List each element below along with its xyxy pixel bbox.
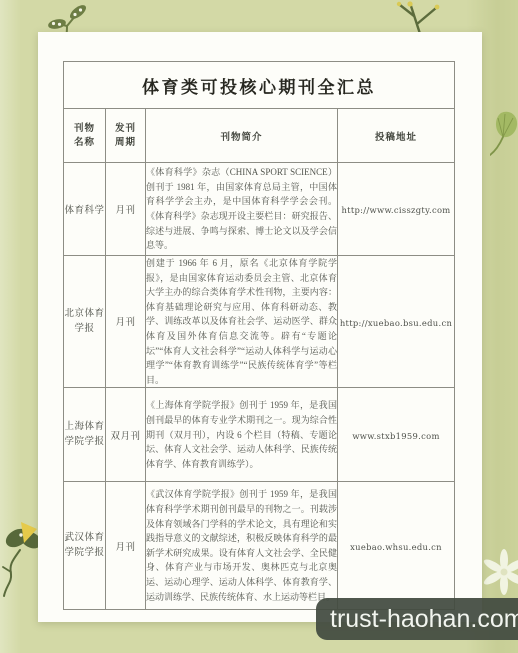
table-row: 上海体育 学院学报 双月刊 《上海体育学院学报》创刊于 1959 年，是我国创刊… [64,388,455,482]
column-header-intro: 刊物简介 [220,131,262,145]
table-row: 武汉体育 学院学报 月刊 《武汉体育学院学报》创刊于 1959 年，是我国体育科… [64,482,455,610]
journal-url: xuebao.whsu.edu.cn [350,542,442,552]
watermark-badge: trust-haohan.com [316,598,518,640]
journal-period: 月刊 [115,204,135,219]
journal-period: 双月刊 [110,430,140,445]
journal-url: http://www.cisszgty.com [341,205,450,215]
column-header-url: 投稿地址 [375,131,417,145]
document-paper: 体育类可投核心期刊全汇总 刊物 名称 发刊 周期 刊物简介 投稿地址 体育科学 … [38,32,482,622]
journal-intro: 《上海体育学院学报》创刊于 1959 年，是我国创刊最早的体育专业学术期刊之一。… [146,398,337,471]
watermark-text: trust-haohan.com [330,605,518,634]
journal-url: http://xuebao.bsu.edu.cn [340,318,452,328]
journal-name: 北京体育 学报 [64,307,104,336]
table-row: 北京体育 学报 月刊 创建于 1966 年 6 月，原名《北京体育学院学报》，是… [64,256,455,388]
journal-name: 体育科学 [64,204,104,219]
ginkgo-leaf-icon [490,110,518,162]
column-header-period: 发刊 周期 [115,122,136,150]
journal-intro: 《体育科学》杂志（CHINA SPORT SCIENCE）创刊于 1981 年，… [146,165,337,253]
photo-background: 体育类可投核心期刊全汇总 刊物 名称 发刊 周期 刊物简介 投稿地址 体育科学 … [0,0,518,653]
journal-intro: 创建于 1966 年 6 月，原名《北京体育学院学报》，是由国家体育运动委员会主… [146,256,337,387]
page-title: 体育类可投核心期刊全汇总 [142,78,376,97]
header-row: 刊物 名称 发刊 周期 刊物简介 投稿地址 [64,109,455,163]
title-row: 体育类可投核心期刊全汇总 [64,62,455,109]
journal-period: 月刊 [115,541,135,556]
white-flower-icon [482,548,518,598]
journal-intro: 《武汉体育学院学报》创刊于 1959 年，是我国体育科学学术期刊创刊最早的刊物之… [146,487,337,604]
journal-period: 月刊 [115,316,135,331]
journal-url: www.stxb1959.com [352,431,439,441]
column-header-name: 刊物 名称 [74,122,95,150]
table-row: 体育科学 月刊 《体育科学》杂志（CHINA SPORT SCIENCE）创刊于… [64,163,455,256]
journal-name: 武汉体育 学院学报 [64,531,104,560]
journal-table: 体育类可投核心期刊全汇总 刊物 名称 发刊 周期 刊物简介 投稿地址 体育科学 … [63,61,455,610]
journal-name: 上海体育 学院学报 [64,420,104,449]
